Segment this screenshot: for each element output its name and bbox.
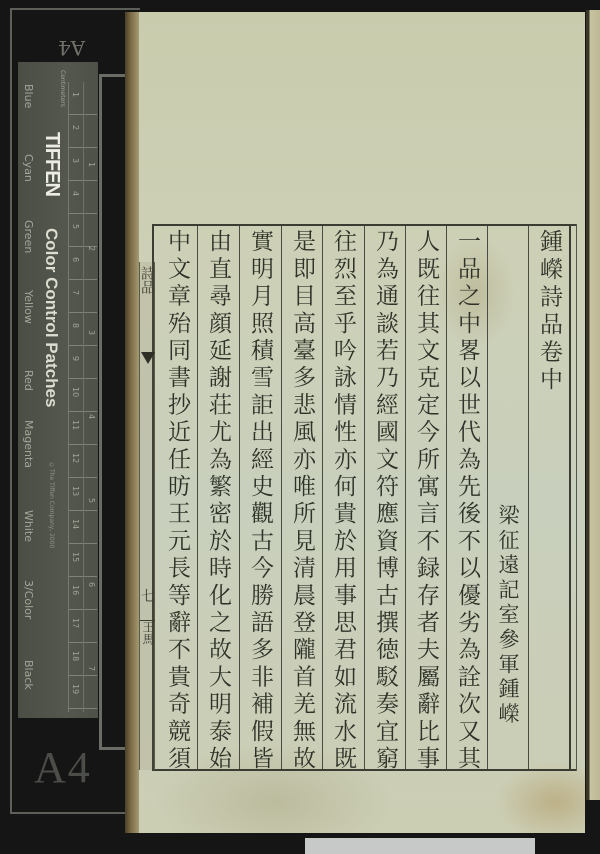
margin-book-title: 詩品 (139, 266, 155, 294)
text-column: 往烈至乎吟詠情性亦何貴於用事思君如流水既 (322, 229, 363, 773)
patch-label-blue: Blue (22, 84, 35, 108)
cm-tick: 7 (71, 290, 80, 295)
bottom-paper-strip (305, 838, 535, 854)
page-spine-edge (125, 12, 139, 833)
adjacent-page-edge (586, 10, 600, 800)
cm-tick: 13 (71, 486, 80, 496)
cm-tick: 4 (71, 191, 80, 196)
patch-label-white: White (22, 510, 35, 542)
cm-tick: 1 (71, 92, 80, 97)
frame-right-outer-rule (576, 224, 577, 771)
cm-tick: 17 (71, 618, 80, 628)
card-copyright: ©The Tiffen Company, 2000 (48, 462, 55, 548)
chapter-title: 鍾嶸詩品卷中 (528, 229, 569, 395)
text-column: 實明月照積雪詎出經史觀古今勝語多非補假皆 (239, 229, 280, 773)
patch-label-yellow: Yellow (22, 290, 35, 324)
author-line: 梁征遠記室參軍鍾嶸 (487, 504, 528, 727)
text-column: 一品之中畧以世代為先後不以優劣為詮次又其 (446, 229, 487, 773)
cm-tick: 15 (71, 552, 80, 562)
cm-tick: 5 (71, 224, 80, 229)
margin-carver-name: 王馬 (140, 620, 155, 645)
text-column: 由直尋顔延謝荘尤為繁密於時化之故大明泰始 (197, 229, 238, 773)
inch-tick: 3 (87, 330, 96, 335)
cm-tick: 3 (71, 158, 80, 163)
fold-margin (139, 262, 155, 770)
text-column: 乃為通談若乃經國文符應資博古撰徳駁奏宜窮 (364, 229, 405, 773)
fishtail-mark-icon (141, 352, 155, 364)
patch-label-red: Red (22, 370, 35, 391)
text-column: 人既往其文克定今所寓言不録存者夫屬辭比事 (405, 229, 446, 773)
patch-label-black: Black (22, 660, 35, 690)
color-control-card: Centimeters TIFFEN Color Control Patches… (18, 62, 98, 718)
cm-tick: 6 (71, 257, 80, 262)
inch-tick: 4 (87, 414, 96, 419)
cm-tick: 16 (71, 585, 80, 595)
board-label-bottom: A4 (34, 742, 92, 793)
cm-tick: 19 (71, 684, 80, 694)
cm-tick: 8 (71, 323, 80, 328)
patch-label-cyan: Cyan (22, 154, 35, 182)
inch-tick: 6 (87, 582, 96, 587)
inch-tick: 7 (87, 666, 96, 671)
cm-tick: 14 (71, 519, 80, 529)
cm-tick: 18 (71, 651, 80, 661)
margin-page-number: 七 (141, 586, 155, 606)
tiffen-logo: TIFFEN (40, 132, 63, 196)
text-column: 是即目高臺多悲風亦唯所見清晨登隴首羌無故 (281, 229, 322, 773)
patch-label-3color: 3/Color (22, 580, 35, 619)
units-label: Centimeters (59, 70, 66, 107)
cm-tick: 2 (71, 125, 80, 130)
inch-tick: 1 (87, 162, 96, 167)
inch-tick: 2 (87, 246, 96, 251)
card-title: Color Control Patches (41, 228, 61, 407)
inch-tick: 5 (87, 498, 96, 503)
frame-right-rule (569, 224, 571, 771)
cm-tick: 11 (71, 420, 80, 430)
patch-label-magenta: Magenta (22, 420, 35, 468)
board-label-top: A4 (58, 36, 85, 60)
cm-tick: 10 (71, 387, 80, 397)
cm-tick: 9 (71, 356, 80, 361)
text-column: 中文章殆同書抄近任昉王元長等辭不貴奇競須 (156, 229, 197, 773)
patch-label-green: Green (22, 220, 35, 253)
cm-tick: 12 (71, 453, 80, 463)
